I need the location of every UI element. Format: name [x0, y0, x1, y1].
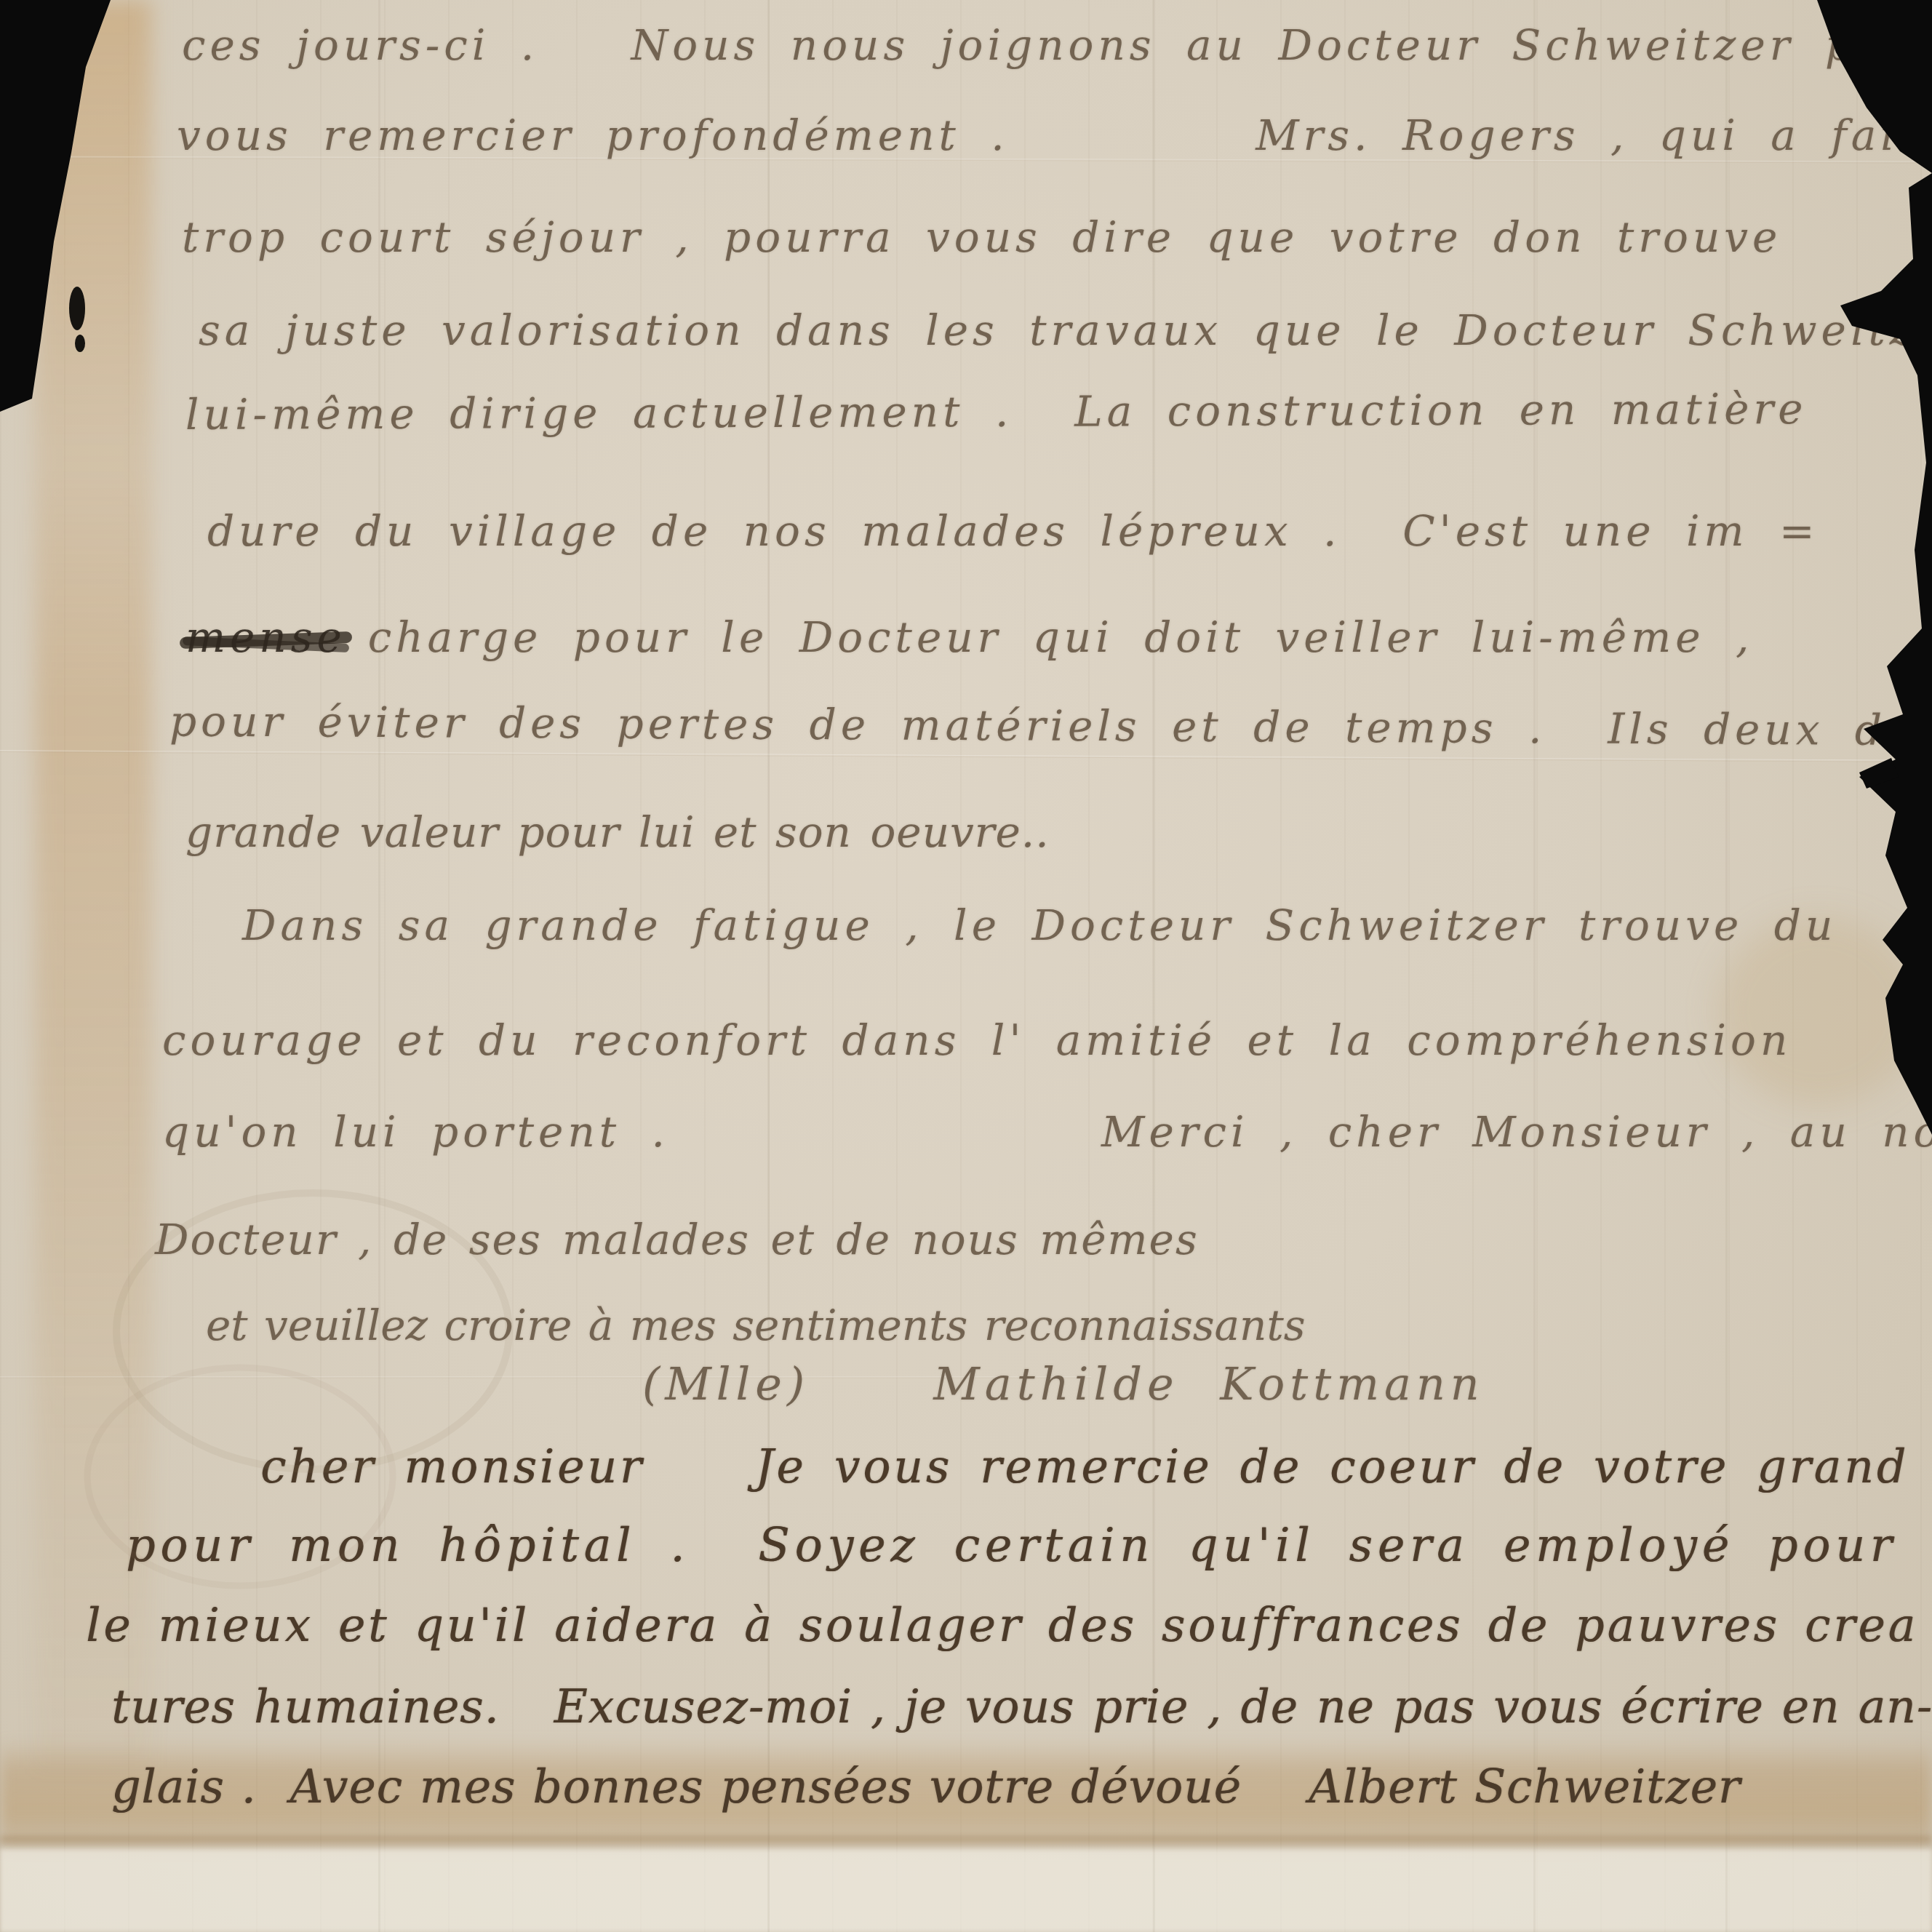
postscript-line: cher monsieur Je vous remercie de coeur …: [260, 1440, 1932, 1493]
postscript-line: le mieux et qu'il aidera à soulager des …: [86, 1599, 1932, 1652]
postscript-line-with-signature-schweitzer: glais . Avec mes bonnes pensées votre dé…: [111, 1760, 1741, 1813]
handwritten-line: grande valeur pour lui et son oeuvre..: [185, 807, 1050, 857]
handwritten-line: dure du village de nos malades lépreux .…: [207, 506, 1819, 556]
stain-left-margin: [35, 0, 151, 1768]
letter-scan: ces jours-ci . Nous nous joignons au Doc…: [0, 0, 1932, 1932]
handwritten-line: trop court séjour , pourra vous dire que…: [182, 212, 1781, 262]
handwritten-line: vous remercier profondément . Mrs. Roger…: [177, 111, 1932, 160]
paper: ces jours-ci . Nous nous joignons au Doc…: [0, 0, 1932, 1932]
handwritten-text: charge pour le Docteur qui doit veiller …: [368, 612, 1754, 662]
handwritten-line: et veuillez croire à mes sentiments reco…: [206, 1301, 1306, 1350]
struck-out-word: mense: [185, 612, 346, 662]
handwritten-line: qu'on lui portent . Merci , cher Monsieu…: [162, 1107, 1932, 1157]
handwritten-line: sa juste valorisation dans les travaux q…: [199, 306, 1932, 355]
postscript-line: pour mon hôpital . Soyez certain qu'il s…: [126, 1519, 1897, 1572]
signature-kottmann: (Mlle) Mathilde Kottmann: [642, 1357, 1485, 1410]
postscript-line: tures humaines. Excusez-moi , je vous pr…: [111, 1680, 1932, 1733]
handwritten-line: ces jours-ci . Nous nous joignons au Doc…: [182, 20, 1932, 70]
handwritten-line: Dans sa grande fatigue , le Docteur Schw…: [242, 901, 1837, 950]
stain-tide-line: [0, 1836, 1932, 1843]
paper-bottom-strip: [0, 1849, 1932, 1932]
handwritten-line: Docteur , de ses malades et de nous même…: [155, 1215, 1199, 1264]
handwritten-line: mensecharge pour le Docteur qui doit vei…: [185, 612, 1753, 662]
handwritten-line: courage et du reconfort dans l' amitié e…: [162, 1015, 1792, 1065]
handwritten-line: lui-même dirige actuellement . La constr…: [185, 384, 1808, 439]
handwritten-line: pour éviter des pertes de matériels et d…: [169, 696, 1932, 755]
